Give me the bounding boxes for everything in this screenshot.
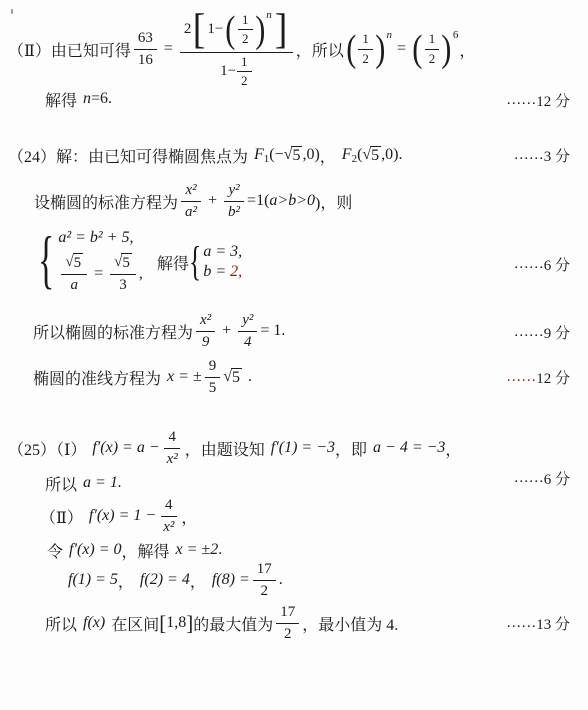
paren-half-power-n: ( 1 2 ) n [345, 30, 392, 68]
comma: ， [190, 569, 206, 592]
fraction-4-x2: 4 x² [163, 428, 182, 469]
text-equals-6: =6. [91, 90, 112, 108]
variable-n: n [83, 90, 91, 108]
equation-sqrt5-over-a: √5 a = √5 3 , [58, 253, 143, 295]
line-24-setup: 设椭圆的标准方程为 x² a² + y² b² =1( a>b>0 )，则 [34, 178, 352, 224]
fraction-denominator: b² [224, 202, 244, 222]
radicand: 5 [370, 146, 381, 165]
x-equals-pm2: x = ±2 [176, 541, 219, 559]
exponent-n: n [387, 29, 393, 41]
text-ling: 令 [47, 539, 63, 562]
comma: ， [320, 144, 336, 167]
left-paren: ( [346, 30, 356, 68]
line-24-foci: （24）解：由已知可得椭圆焦点为 F1 (− √ 5 ,0) ， F2 ( √ … [8, 139, 403, 171]
equals-sign: = [164, 40, 173, 58]
fraction-numerator: y² [238, 311, 257, 332]
big-fraction-numerator: 2 [ 1− ( 1 2 ) n ] [180, 9, 293, 53]
comma: ， [459, 38, 475, 61]
period: . [248, 368, 252, 386]
comma: ， [181, 505, 197, 528]
one-minus-text: 1− [220, 62, 236, 81]
right-paren: ) [441, 30, 451, 68]
open-paren-minus: (− [269, 146, 283, 164]
fraction-4-x2: 4 x² [159, 496, 178, 537]
score-marker-3: …… 3 分 [514, 145, 570, 166]
subscript-2: 2 [352, 153, 358, 165]
fraction-denominator: x² [159, 517, 178, 537]
left-brace: { [38, 230, 54, 295]
fraction-numerator: 63 [134, 29, 157, 50]
text-suoyi-ellipse: 所以椭圆的标准方程为 [33, 320, 193, 343]
score-label: 9 分 [544, 322, 570, 343]
score-dots: …… [506, 615, 536, 632]
score-label: 6 分 [544, 254, 570, 275]
fraction-one-half: 1 2 [238, 12, 253, 48]
fraction-denominator: x² [163, 449, 182, 469]
solution-b-prefix: b = [203, 263, 230, 280]
fraction-x2-a2: x² a² [181, 181, 201, 222]
right-interval-bracket: ] [186, 613, 193, 634]
fraction-denominator: 2 [238, 30, 253, 47]
text-suoyi: ，所以 [296, 38, 344, 61]
plus-sign: + [222, 322, 231, 340]
paren-half-power-n: ( 1 2 ) n [224, 11, 271, 49]
fraction-y2-4: y² 4 [238, 311, 257, 352]
score-dots: …… [514, 324, 544, 341]
radicand: 5 [121, 253, 132, 273]
text-ji: ，即 [335, 437, 367, 460]
fraction-sqrt5-a: √5 a [61, 253, 87, 295]
fraction-numerator: 1 [358, 31, 373, 49]
left-square-bracket: [ [193, 9, 206, 51]
left-brace-small: { [189, 241, 201, 283]
fraction-one-half: 1 2 [358, 31, 373, 67]
fraction-denominator: 4 [240, 332, 256, 352]
sqrt-5: √ 5 [284, 146, 303, 165]
text-she: 设椭圆的标准方程为 [34, 190, 178, 213]
fraction-denominator: 9 [198, 332, 214, 352]
fraction-one-half: 1 2 [237, 54, 252, 90]
solution-values: a = 3, b = 2, [203, 243, 242, 281]
score-dots: …… [514, 470, 544, 487]
score-dots: …… [506, 369, 536, 386]
score-label: 12 分 [536, 90, 570, 111]
line-25-derivative: （25）（Ⅰ） f′(x) = a − 4 x² ，由题设知 f′(1) = −… [8, 426, 461, 470]
fraction-sqrt5-3: √5 3 [110, 253, 136, 295]
solution-a: a = 3, [203, 243, 242, 261]
fraction-numerator: x² [196, 311, 215, 332]
fraction-numerator: 9 [205, 357, 221, 378]
interval-values: 1,8 [166, 614, 186, 632]
fraction-63-16: 63 16 [134, 29, 157, 70]
equals-one-period: = 1. [260, 322, 285, 340]
fraction-denominator: 2 [358, 50, 373, 67]
equation-a2-b2-5: a² = b² + 5, [58, 229, 133, 247]
page: （Ⅱ）由已知可得 63 16 = 2 [ 1− ( 1 2 ) n ] [0, 0, 588, 710]
score-dots: …… [514, 256, 544, 273]
fraction-denominator: 5 [205, 378, 221, 398]
sqrt-5: √5 [114, 253, 132, 273]
text-interval: 在区间 [111, 612, 159, 635]
score-label: 3 分 [544, 145, 570, 166]
fraction-numerator: 1 [425, 31, 440, 49]
exponent-n: n [266, 9, 272, 23]
text-22-prefix: （Ⅱ）由已知可得 [8, 38, 131, 61]
left-paren: ( [412, 30, 422, 68]
fraction-denominator: 2 [280, 624, 296, 644]
a-equals-1: a = 1. [83, 474, 122, 492]
fraction-denominator: 2 [257, 581, 273, 601]
comma: ， [445, 437, 461, 460]
text-minimum: ，最小值为 4. [302, 612, 398, 635]
score-marker-6b: …… 6 分 [514, 468, 570, 489]
score-label: 13 分 [536, 613, 570, 634]
f8-equals: f(8) = [212, 571, 250, 589]
fraction-denominator: 2 [425, 50, 440, 67]
text-by-problem: ，由题设知 [185, 437, 265, 460]
radicand: 5 [291, 146, 302, 165]
text-part2-head: （Ⅱ） [40, 505, 83, 528]
score-marker-12-red: …… 12 分 [506, 367, 570, 388]
x-equals-pm: x = ± [167, 368, 202, 386]
comma: ， [118, 569, 134, 592]
line-25-conclusion: 所以 f(x) 在区间 [ 1,8 ] 的最大值为 17 2 ，最小值为 4. [45, 600, 398, 646]
fraction-numerator: 4 [164, 428, 180, 449]
score-label: 12 分 [536, 367, 570, 388]
line-22-ii-derivation: （Ⅱ）由已知可得 63 16 = 2 [ 1− ( 1 2 ) n ] [8, 8, 475, 90]
sqrt-5: √5 [65, 253, 83, 273]
fraction-numerator: y² [224, 181, 243, 202]
f1-equals-5: f(1) = 5 [68, 571, 118, 589]
a-minus-4: a − 4 = −3 [373, 439, 445, 457]
left-interval-bracket: [ [159, 613, 166, 634]
equals-one-open: =1( [247, 192, 269, 210]
text-suoyi: 所以 [45, 612, 77, 635]
score-marker-9: …… 9 分 [514, 322, 570, 343]
radicand: 5 [73, 253, 84, 273]
fprime-1-equals: f′(1) = −3 [271, 439, 335, 457]
right-paren: ) [255, 11, 265, 49]
equals-sign: = [94, 265, 103, 283]
fraction-denominator: 2 [237, 72, 252, 89]
text-directrix: 椭圆的准线方程为 [33, 366, 161, 389]
solution-b: b = 2, [203, 263, 242, 281]
close-then: )，则 [315, 190, 352, 213]
fraction-17-2: 17 2 [253, 560, 276, 601]
score-label: 6 分 [544, 468, 570, 489]
fraction-denominator: 16 [134, 50, 157, 70]
big-fraction-denominator: 1− 1 2 [216, 53, 256, 90]
fraction-one-half: 1 2 [425, 31, 440, 67]
fraction-x2-9: x² 9 [196, 311, 215, 352]
text-jiede: 解得 [157, 251, 189, 274]
f2-equals-4: f(2) = 4 [140, 571, 190, 589]
condition-a-gt-b: a>b>0 [269, 192, 315, 210]
score-marker-13: …… 13 分 [506, 613, 570, 634]
line-24-standard-equation: 所以椭圆的标准方程为 x² 9 + y² 4 = 1. [33, 308, 285, 354]
radicand: 5 [231, 368, 242, 387]
score-marker-12: …… 12 分 [506, 90, 570, 111]
f-of-x: f(x) [83, 614, 105, 632]
fprime-x-zero: f′(x) = 0 [69, 541, 122, 559]
period: . [279, 571, 283, 589]
line-24-system: { a² = b² + 5, √5 a = √5 3 , [38, 226, 242, 298]
fraction-y2-b2: y² b² [224, 181, 244, 222]
line-22-ii-result: 解得 n =6. [45, 87, 112, 111]
line-25-values: f(1) = 5 ， f(2) = 4 ， f(8) = 17 2 . [68, 558, 283, 602]
fraction-numerator: 4 [161, 496, 177, 517]
fraction-numerator: 1 [238, 12, 253, 30]
period: . [218, 541, 222, 559]
right-paren: ) [375, 30, 385, 68]
sqrt-5: √ 5 [223, 368, 242, 387]
equals-sign: = [397, 40, 406, 58]
fraction-numerator: x² [181, 181, 200, 202]
coefficient: 2 [184, 20, 192, 39]
text-jiede: 解得 [45, 88, 77, 111]
fraction-numerator: 17 [276, 603, 299, 624]
fraction-denominator: a² [181, 202, 201, 222]
fraction-denominator: 3 [115, 275, 131, 295]
score-marker-6: …… 6 分 [514, 254, 570, 275]
text-24-head: （24）解：由已知可得椭圆焦点为 [8, 144, 248, 167]
solution-b-value: 2, [230, 263, 242, 280]
system-equations: a² = b² + 5, √5 a = √5 3 , [58, 229, 143, 295]
paren-half-power-6: ( 1 2 ) 6 [411, 30, 458, 68]
fprime-x-equals: f′(x) = a − [92, 439, 159, 457]
comma: , [139, 265, 143, 283]
fraction-numerator: √5 [61, 253, 87, 275]
score-dots: …… [514, 147, 544, 164]
variable-F1: F [254, 146, 264, 164]
line-25-a-result: 所以 a = 1. [45, 471, 122, 495]
fprime-x-equals-1: f′(x) = 1 − [89, 507, 156, 525]
fraction-denominator: a [66, 275, 82, 295]
text-25-head: （25）（Ⅰ） [8, 437, 86, 460]
fraction-9-5: 9 5 [205, 357, 221, 398]
close-paren-zero-period: ,0). [381, 146, 402, 164]
fraction-numerator: 17 [253, 560, 276, 581]
exponent-6: 6 [453, 29, 459, 41]
plus-sign: + [208, 192, 217, 210]
fraction-numerator: √5 [110, 253, 136, 275]
line-25-ii-derivative: （Ⅱ） f′(x) = 1 − 4 x² ， [40, 494, 197, 538]
close-paren-zero: ,0) [302, 146, 319, 164]
text-suoyi: 所以 [45, 472, 77, 495]
left-paren: ( [226, 11, 236, 49]
subscript-1: 1 [264, 153, 270, 165]
sqrt-5: √ 5 [362, 146, 381, 165]
line-24-directrix: 椭圆的准线方程为 x = ± 9 5 √ 5 . [33, 354, 252, 400]
fraction-17-2: 17 2 [276, 603, 299, 644]
one-minus-text: 1− [207, 20, 223, 39]
fraction-geometric-sum: 2 [ 1− ( 1 2 ) n ] 1− 1 2 [180, 9, 293, 90]
right-square-bracket: ] [274, 9, 287, 51]
score-dots: …… [506, 92, 536, 109]
text-maximum: 的最大值为 [193, 612, 273, 635]
variable-F2: F [342, 146, 352, 164]
fraction-numerator: 1 [237, 54, 252, 72]
